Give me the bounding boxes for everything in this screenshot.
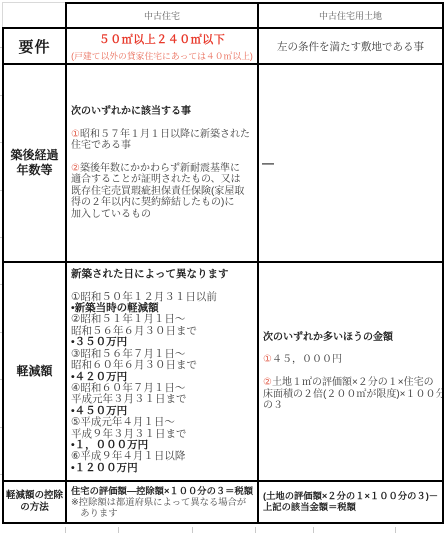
row-label-building-age-line1: 築後経過 — [10, 148, 58, 163]
requirements-used-house-cell: ５０㎡以上２４０㎡以下 (戸建て以外の貸家住宅にあっては４０㎡以上) — [65, 27, 257, 63]
circled-number-marker: ① — [263, 354, 272, 365]
reduction-land-cell: 次のいずれか多いほうの金額 ①４５，０００円 ②土地１㎡の評価額×２分の１×住宅… — [257, 261, 444, 480]
gridline-tick — [255, 527, 256, 533]
text-line: 平成元年３月３１日まで — [71, 394, 253, 405]
text-line — [263, 366, 438, 377]
text-line: ②土地１㎡の評価額×２分の１×住宅の — [263, 377, 438, 388]
requirements-land-cell: 左の条件を満たす敷地である事 — [257, 27, 444, 63]
gridline-tick — [0, 427, 2, 428]
text-line: ②築後年数にかかわらず新耐震基準に — [71, 163, 253, 174]
text-line: 住宅である事 — [71, 140, 253, 151]
method-land-cell: (土地の評価額×２分の１×１００分の３)－上記の該当金額＝税額 — [257, 480, 444, 524]
text-line: (土地の評価額×２分の１×１００分の３)－ — [263, 491, 438, 502]
circled-number-marker: ⑤ — [71, 416, 80, 428]
requirements-area-note: (戸建て以外の貸家住宅にあっては４０㎡以上) — [71, 49, 253, 62]
column-header-used-house: 中古住宅 — [65, 2, 257, 27]
row-label-deduction-method-line2: の方法 — [20, 502, 49, 514]
tax-reduction-table: 中古住宅 中古住宅用土地 要件 ５０㎡以上２４０㎡以下 (戸建て以外の貸家住宅に… — [2, 2, 444, 524]
text-line: 新築された日によって異なります — [71, 269, 253, 280]
text-line: あります — [71, 508, 253, 519]
circled-number-marker: ② — [71, 163, 80, 174]
text-line: 次のいずれか多いほうの金額 — [263, 332, 438, 343]
gridline-tick — [0, 47, 2, 48]
text-line: 適合することが証明されたもの、又は — [71, 174, 253, 185]
text-line: •１２００万円 — [71, 463, 253, 474]
text-line: の３ — [263, 400, 438, 411]
circled-number-marker: ② — [71, 313, 80, 325]
row-label-deduction-method-line1: 軽減額の控除 — [6, 490, 63, 502]
gridline-tick — [0, 474, 2, 475]
text-line: ⑤平成元年４月１日～ — [71, 417, 253, 428]
row-label-deduction-method: 軽減額の控除 の方法 — [2, 480, 65, 524]
gridline-tick — [0, 332, 2, 333]
gridline-tick — [0, 142, 2, 143]
corner-cell — [2, 2, 65, 27]
text-line: •３５０万円 — [71, 337, 253, 348]
building-age-used-house-cell: 次のいずれかに該当する事 ①昭和５７年１月１日以降に新築された住宅である事 ②築… — [65, 63, 257, 261]
text-line: 得の２年以内に契約締結したもの)に — [71, 197, 253, 208]
text-line — [71, 280, 253, 291]
text-line — [263, 343, 438, 354]
circled-number-marker: ① — [71, 129, 80, 140]
row-label-building-age: 築後経過 年数等 — [2, 63, 65, 261]
text-line: 加入しているもの — [71, 209, 253, 220]
text-line — [71, 117, 253, 128]
row-label-building-age-line2: 年数等 — [16, 163, 52, 178]
method-used-house-cell: 住宅の評価額―控除額×１００分の３＝税額※控除額は都道府県によって異なる場合が … — [65, 480, 257, 524]
gridline-tick — [0, 190, 2, 191]
gridline-tick — [0, 95, 2, 96]
requirements-land-text: 左の条件を満たす敷地である事 — [277, 39, 424, 54]
column-header-used-house-land: 中古住宅用土地 — [257, 2, 444, 27]
column-header-used-house-land-label: 中古住宅用土地 — [319, 9, 382, 22]
circled-number-marker: ⑥ — [71, 450, 80, 462]
text-line: 上記の該当金額＝税額 — [263, 502, 438, 513]
gridline-tick — [395, 527, 396, 533]
text-line: ※控除額は都道府県によって異なる場合が — [71, 497, 253, 508]
text-line: ①昭和５７年１月１日以降に新築された — [71, 129, 253, 140]
text-line: 昭和６０年６月３０日まで — [71, 360, 253, 371]
gridline-tick — [192, 527, 193, 533]
text-line: ①４５，０００円 — [263, 354, 438, 365]
screenshot-root: 中古住宅 中古住宅用土地 要件 ５０㎡以上２４０㎡以下 (戸建て以外の貸家住宅に… — [0, 0, 446, 533]
row-label-requirements: 要件 — [2, 27, 65, 63]
circled-number-marker: ② — [263, 377, 272, 388]
gridline-tick — [65, 527, 66, 533]
gridline-tick — [313, 527, 314, 533]
text-line — [71, 152, 253, 163]
row-label-reduction-amount-text: 軽減額 — [16, 364, 52, 379]
not-applicable-dash: ― — [262, 156, 274, 170]
text-line: 住宅の評価額―控除額×１００分の３＝税額 — [71, 486, 253, 497]
text-line: 既存住宅売買瑕疵担保責任保険(家屋取 — [71, 186, 253, 197]
gridline-tick — [118, 527, 119, 533]
row-label-requirements-text: 要件 — [18, 36, 50, 57]
text-line: 次のいずれかに該当する事 — [71, 106, 253, 117]
gridline-tick — [0, 284, 2, 285]
column-header-used-house-label: 中古住宅 — [144, 9, 180, 22]
circled-number-marker: ③ — [71, 348, 80, 360]
building-age-land-cell: ― — [257, 63, 444, 261]
requirements-area-range: ５０㎡以上２４０㎡以下 — [99, 31, 226, 47]
gridline-tick — [0, 237, 2, 238]
gridline-tick — [0, 379, 2, 380]
reduction-used-house-cell: 新築された日によって異なります ①昭和５０年１２月３１日以前•新築当時の軽減額②… — [65, 261, 257, 480]
row-label-reduction-amount: 軽減額 — [2, 261, 65, 480]
circled-number-marker: ① — [71, 291, 80, 303]
text-line: 床面積の２倍(２００㎡が限度)×１００分 — [263, 389, 438, 400]
